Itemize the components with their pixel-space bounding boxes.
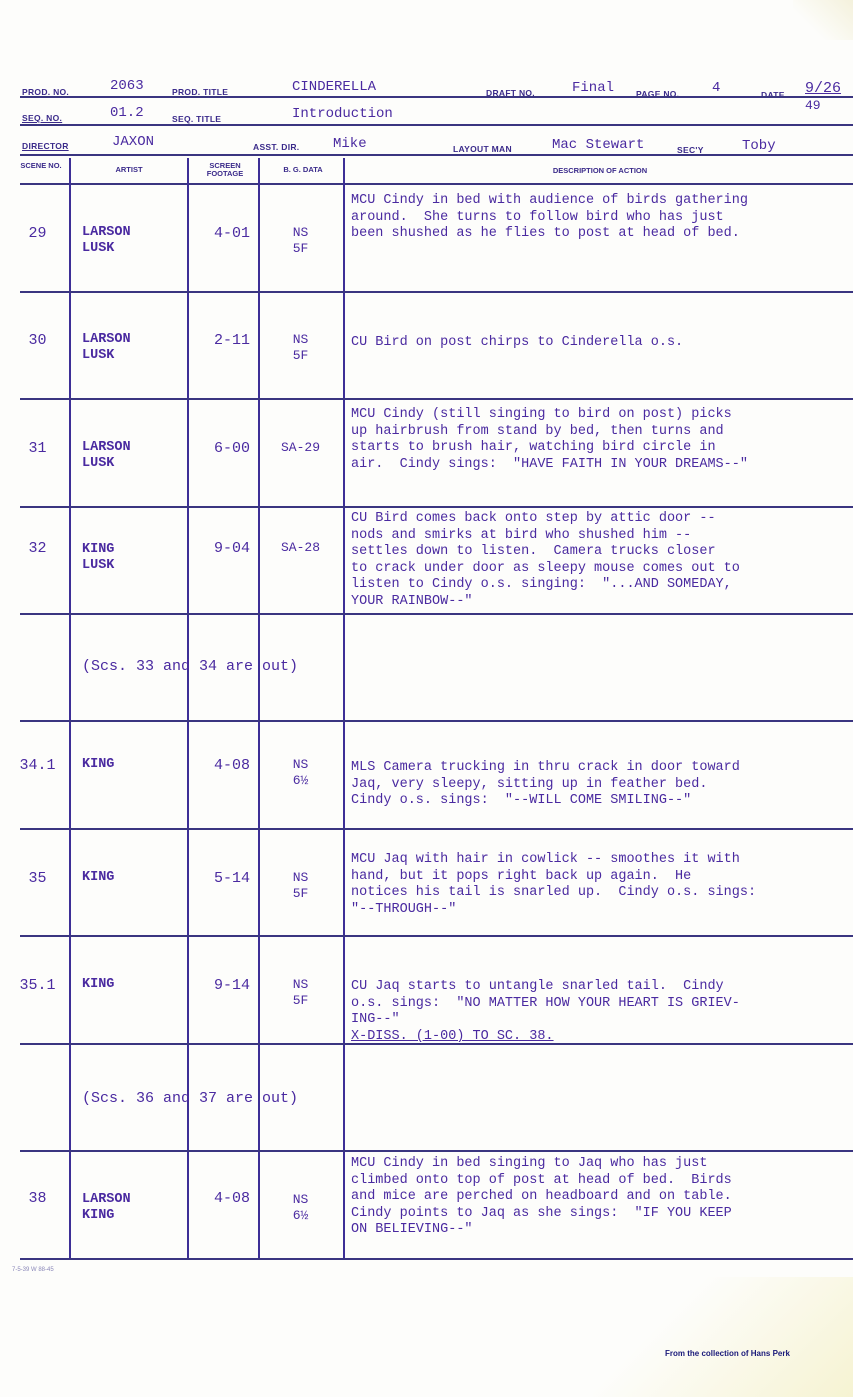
header-rule-1	[20, 96, 853, 98]
row-rule	[20, 720, 853, 722]
screen-footage: 4-08	[190, 1190, 250, 1207]
action-description: MCU Jaq with hair in cowlick -- smoothes…	[351, 852, 851, 918]
header-rule-2	[20, 124, 853, 126]
row-rule	[20, 828, 853, 830]
screen-footage: 5-14	[190, 870, 250, 887]
bg-data: SA-29	[258, 440, 343, 456]
bg-data: NS 5F	[258, 870, 343, 902]
header-rule-3	[20, 154, 853, 156]
bg-data: NS 6½	[258, 757, 343, 789]
bg-data: SA-28	[258, 540, 343, 556]
row-rule	[20, 935, 853, 937]
layout-man-label: Layout Man	[453, 144, 512, 154]
row-rule	[20, 398, 853, 400]
col-bg-data: B. G. Data	[262, 166, 344, 174]
col-screen-footage: Screen Footage	[192, 162, 258, 178]
screen-footage: 2-11	[190, 332, 250, 349]
artist-names: KING	[82, 870, 182, 886]
grid-vline-1	[69, 158, 71, 1258]
asst-dir-label: Asst. Dir.	[253, 142, 299, 152]
date-value-line1: 9/26	[805, 80, 841, 97]
screen-footage: 9-14	[190, 977, 250, 994]
scene-number: 32	[10, 540, 65, 557]
row-rule	[20, 1258, 853, 1260]
collection-credit: From the collection of Hans Perk	[665, 1349, 790, 1358]
seq-no-label: Seq. No.	[22, 113, 62, 123]
action-description: MCU Cindy in bed singing to Jaq who has …	[351, 1156, 851, 1239]
screen-footage: 9-04	[190, 540, 250, 557]
action-description: MCU Cindy in bed with audience of birds …	[351, 193, 851, 243]
row-rule	[20, 506, 853, 508]
artist-names: LARSON LUSK	[82, 332, 182, 364]
date-value-line2: 49	[805, 98, 821, 113]
layout-man-value: Mac Stewart	[552, 137, 644, 153]
transition-note: X-DISS. (1-00) TO SC. 38.	[351, 1029, 851, 1046]
scene-number: 38	[10, 1190, 65, 1207]
action-description: MLS Camera trucking in thru crack in doo…	[351, 760, 851, 810]
draft-no-value: Final	[572, 80, 614, 96]
screen-footage: 4-08	[190, 757, 250, 774]
col-artist: Artist	[70, 166, 188, 174]
page-no-value: 4	[712, 80, 720, 96]
artist-names: LARSON KING	[82, 1192, 182, 1224]
artist-names: LARSON LUSK	[82, 440, 182, 472]
artist-names: LARSON LUSK	[82, 225, 182, 257]
action-description: CU Bird comes back onto step by attic do…	[351, 511, 851, 610]
artist-names: KING	[82, 757, 182, 773]
date-label: Date	[761, 90, 785, 100]
seq-no-value: 01.2	[110, 105, 144, 121]
screen-footage: 6-00	[190, 440, 250, 457]
scene-number: 35	[10, 870, 65, 887]
seq-title-label: Seq. Title	[172, 114, 221, 124]
artist-names: KING	[82, 977, 182, 993]
director-value: JAXON	[112, 134, 154, 150]
omitted-scenes-note: (Scs. 36 and 37 are out)	[82, 1090, 298, 1107]
row-rule	[20, 1150, 853, 1152]
action-description: CU Jaq starts to untangle snarled tail. …	[351, 979, 851, 1029]
grid-vline-4	[343, 158, 345, 1258]
bg-data: NS 5F	[258, 225, 343, 257]
prod-title-value: CINDERELLA	[292, 79, 376, 95]
action-description: CU Bird on post chirps to Cinderella o.s…	[351, 335, 851, 352]
row-rule	[20, 613, 853, 615]
form-code: 7-5-39 W 88-45	[12, 1267, 54, 1273]
scene-number: 30	[10, 332, 65, 349]
bg-data: NS 6½	[258, 1192, 343, 1224]
action-description: MCU Cindy (still singing to bird on post…	[351, 407, 851, 473]
asst-dir-value: Mike	[333, 136, 367, 152]
screen-footage: 4-01	[190, 225, 250, 242]
scene-number: 34.1	[10, 757, 65, 774]
director-label: Director	[22, 141, 69, 151]
col-scene-no: Scene No.	[16, 162, 66, 170]
prod-no-value: 2063	[110, 78, 144, 94]
seq-title-value: Introduction	[292, 106, 393, 122]
secy-value: Toby	[742, 138, 776, 154]
paper-corner-tint	[793, 0, 853, 40]
scene-number: 29	[10, 225, 65, 242]
scene-number: 31	[10, 440, 65, 457]
paper-bottom-tint	[593, 1277, 853, 1397]
row-rule	[20, 291, 853, 293]
artist-names: KING LUSK	[82, 542, 182, 574]
scene-number: 35.1	[10, 977, 65, 994]
bg-data: NS 5F	[258, 977, 343, 1009]
column-header-rule	[20, 183, 853, 185]
col-description: Description of Action	[350, 167, 850, 175]
omitted-scenes-note: (Scs. 33 and 34 are out)	[82, 658, 298, 675]
bg-data: NS 5F	[258, 332, 343, 364]
